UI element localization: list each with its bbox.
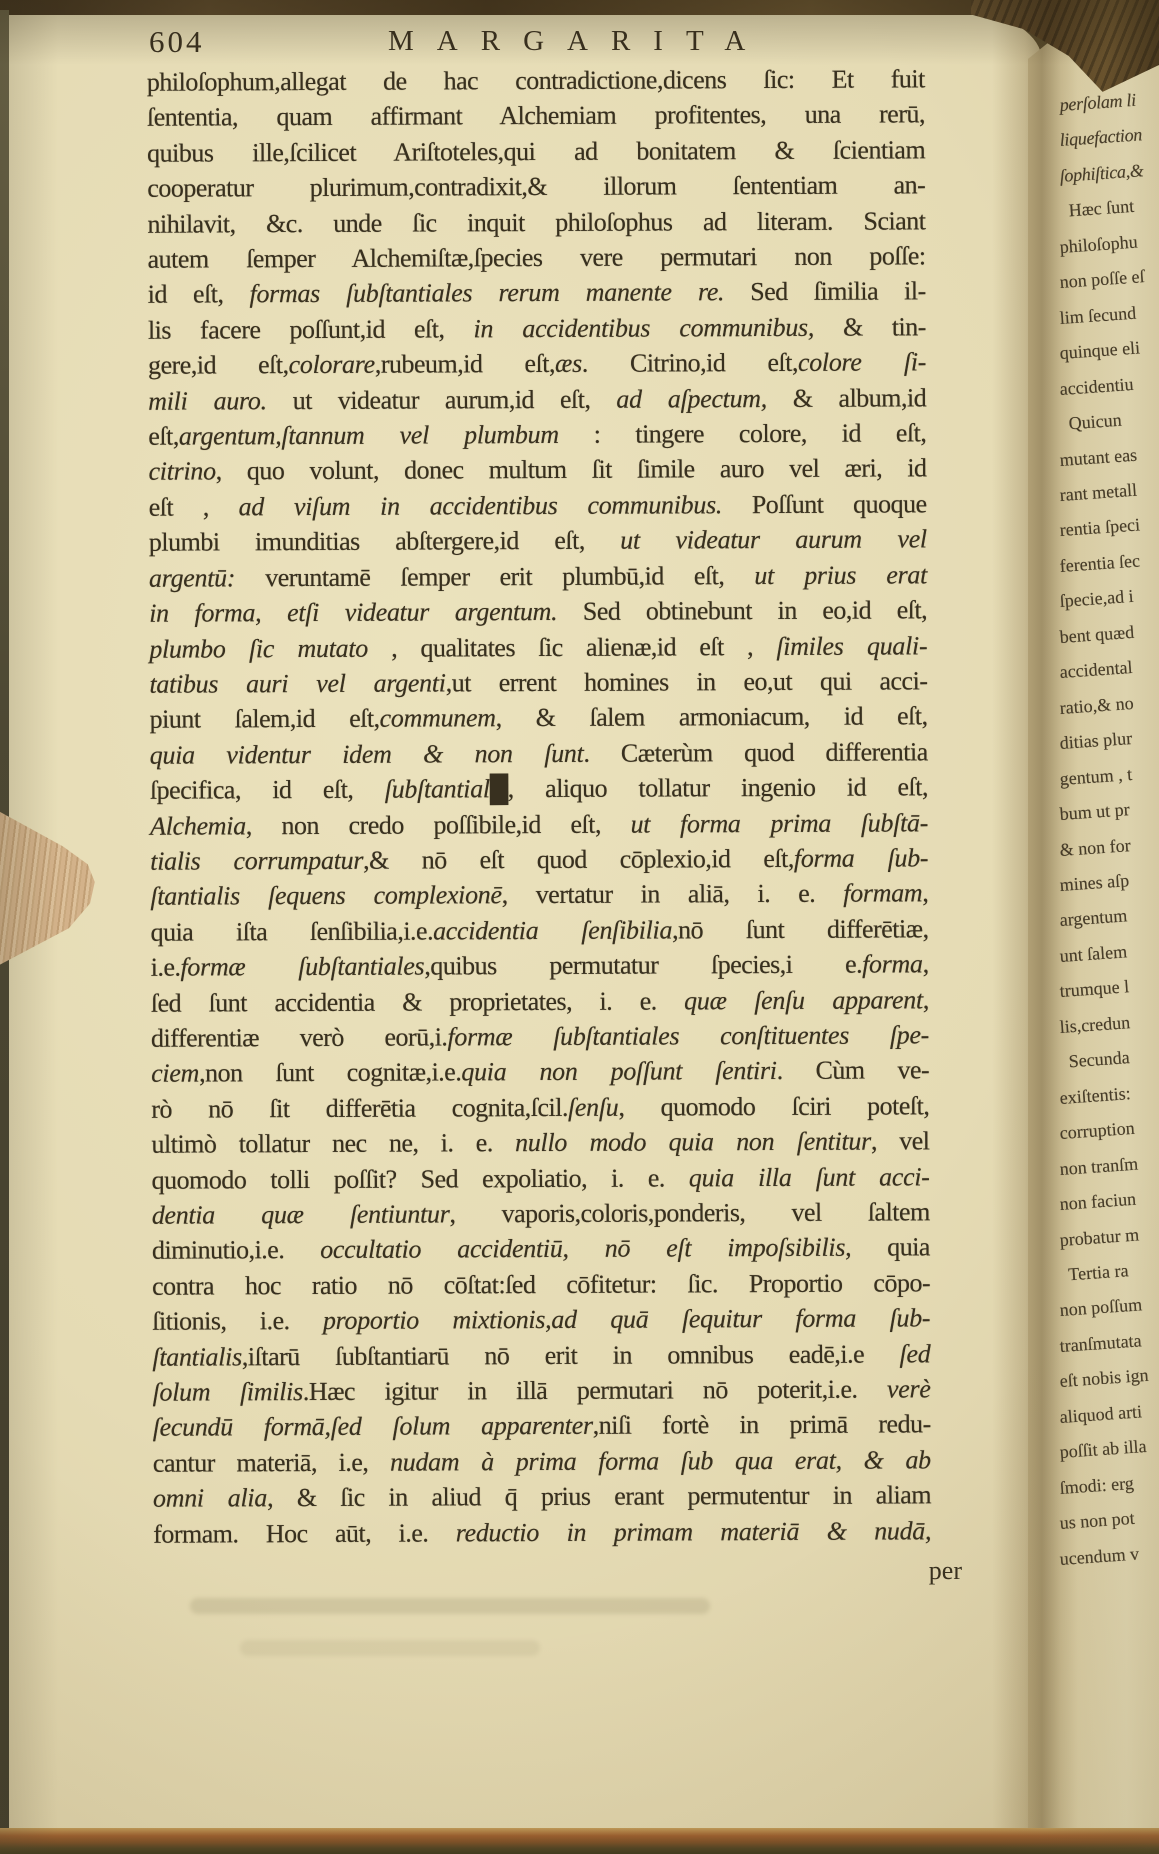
catchword: per	[150, 1556, 962, 1586]
text-line: tatibus auri vel argenti,ut errent homin…	[149, 663, 927, 702]
text-line: plumbi imunditias abſtergere,id eſt, ut …	[149, 522, 927, 561]
text-line: tialis corrumpatur,& nō eſt quod cōplexi…	[150, 840, 928, 879]
text-line: quibus ille,ſcilicet Ariſtoteles,qui ad …	[147, 132, 925, 171]
text-line: argentū: veruntamē ſemper erit plumbū,id…	[149, 557, 927, 596]
text-line: dentia quæ ſentiuntur, vaporis,coloris,p…	[152, 1194, 930, 1233]
text-line: mili auro. ut videatur aurum,id eſt, ad …	[148, 380, 926, 419]
text-line: plumbo ſic mutato , qualitates ſic alien…	[149, 628, 927, 667]
text-line: ſolum ſimilis.Hæc igitur in illā permuta…	[152, 1371, 930, 1410]
text-line: i.e.formæ ſubſtantiales,quibus permutatu…	[151, 946, 929, 985]
text-line: differentiæ verò eorū,i.formæ ſubſtantia…	[151, 1017, 929, 1056]
text-line: contra hoc ratio nō cōſtat:ſed cōfitetur…	[152, 1265, 930, 1304]
page-number: 604	[149, 24, 205, 60]
text-line: ſitionis, i.e. proportio mixtionis,ad qu…	[152, 1301, 930, 1340]
text-line: ſententia, quam affirmant Alchemiam prof…	[147, 97, 925, 136]
text-line: piunt ſalem,id eſt,communem, & ſalem arm…	[150, 699, 928, 738]
text-line: cantur materiā, i.e, nudam à prima forma…	[153, 1442, 931, 1481]
text-line: quia iſta ſenſibilia,i.e.accidentia ſenſ…	[150, 911, 928, 950]
text-line: diminutio,i.e. occultatio accidentiū, nō…	[152, 1230, 930, 1269]
text-line: philoſophum,allegat de hac contradiction…	[147, 61, 925, 100]
book-photo: 604 MARGARITA philoſophum,allegat de hac…	[0, 0, 1159, 1854]
text-line: gere,id eſt,colorare,rubeum,id eſt,æs. C…	[148, 345, 926, 384]
book-cover-bottom-edge	[0, 1828, 1159, 1854]
facing-page-text: perſolam liliquefactionſophiſtica,& Hæc …	[1060, 88, 1159, 1577]
text-line: ſpecifica, id eſt, ſubſtantial█, aliquo …	[150, 769, 928, 808]
text-line: autem ſemper Alchemiſtæ,ſpecies vere per…	[148, 238, 926, 277]
text-line: ultimò tollatur nec ne, i. e. nullo modo…	[151, 1123, 929, 1162]
text-line: cooperatur plurimum,contradixit,& illoru…	[147, 168, 925, 207]
text-line: nihilavit, &c. unde ſic inquit philoſoph…	[147, 203, 925, 242]
text-line: id eſt, formas ſubſtantiales rerum manen…	[148, 274, 926, 313]
running-title: MARGARITA	[388, 25, 768, 58]
showthrough-smudge	[240, 1640, 540, 1656]
text-line: eſt , ad viſum in accidentibus communibu…	[149, 486, 927, 525]
text-line: ciem,non ſunt cognitæ,i.e.quia non poſſu…	[151, 1053, 929, 1092]
showthrough-smudge	[190, 1598, 710, 1614]
text-line: eſt,argentum,ſtannum vel plumbum : tinge…	[148, 415, 926, 454]
text-line: ſed ſunt accidentia & proprietates, i. e…	[151, 982, 929, 1021]
text-line: omni alia, & ſic in aliud q̄ prius erant…	[153, 1478, 931, 1517]
text-line: ſecundū formā,ſed ſolum apparenter,niſi …	[153, 1407, 931, 1446]
text-line: rò nō ſit differētia cognita,ſcil.ſenſu,…	[151, 1088, 929, 1127]
text-line: quomodo tolli poſſit? Sed expoliatio, i.…	[152, 1159, 930, 1198]
text-line: Alchemia, non credo poſſibile,id eſt, ut…	[150, 805, 928, 844]
main-text: philoſophum,allegat de hac contradiction…	[147, 61, 931, 1551]
text-line: formam. Hoc aūt, i.e. reductio in primam…	[153, 1513, 931, 1552]
text-line: in forma, etſi videatur argentum. Sed ob…	[149, 592, 927, 631]
text-line: ſtantialis ſequens complexionē, vertatur…	[150, 876, 928, 915]
text-line: ſtantialis,iſtarū ſubſtantiarū nō erit i…	[152, 1336, 930, 1375]
text-line: lis facere poſſunt,id eſt, in accidentib…	[148, 309, 926, 348]
text-line: citrino, quo volunt, donec multum ſit ſi…	[148, 451, 926, 490]
text-line: quia videntur idem & non ſunt. Cæterùm q…	[150, 734, 928, 773]
